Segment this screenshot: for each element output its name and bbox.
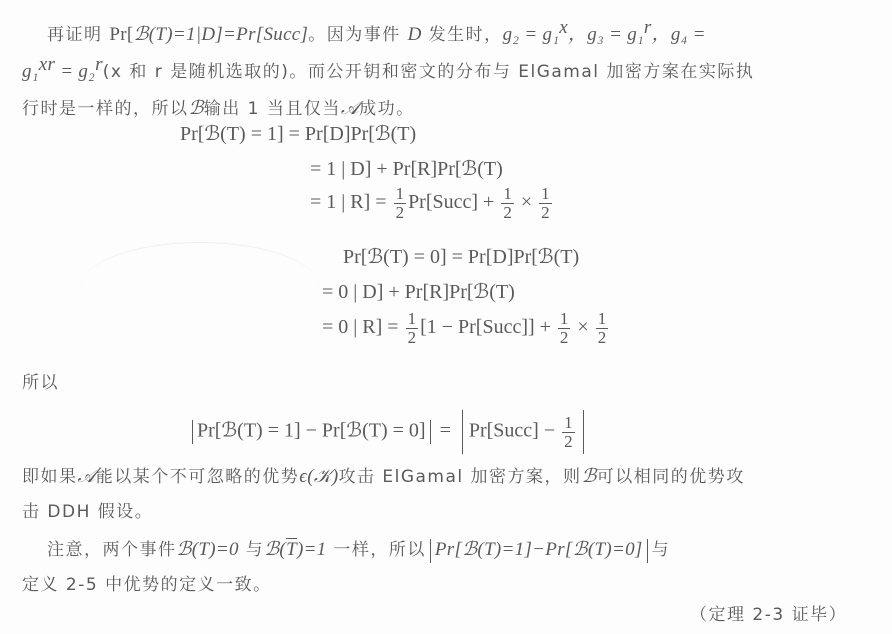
equation-2-row-1: Pr[ℬ(T) = 0] = Pr[D]Pr[ℬ(T) xyxy=(343,244,579,269)
text: 可以相同的优势攻 xyxy=(597,467,745,487)
equation-1-row-2: = 1 | D] + Pr[R]Pr[ℬ(T) xyxy=(310,156,503,181)
eq-rhs: = Pr[D]Pr[ℬ(T) xyxy=(452,246,580,268)
abs-bar xyxy=(583,410,584,454)
math: ℬ(T)=0 xyxy=(177,539,239,560)
math: ，g₄ = xyxy=(652,24,706,45)
math-calB: ℬ xyxy=(189,97,204,119)
math: = g₂ xyxy=(55,61,95,82)
fraction: 12 xyxy=(558,310,571,347)
fraction-denominator: 2 xyxy=(501,204,514,222)
paragraph-2-line-1: 即如果𝒜能以某个不可忽略的优势ϵ(𝒦)攻击 ElGamal 加密方案，则ℬ可以相… xyxy=(22,464,745,489)
fraction-denominator: 2 xyxy=(539,204,552,222)
fraction-denominator: 2 xyxy=(558,329,571,347)
eq-rhs: = Pr[D]Pr[ℬ(T) xyxy=(289,123,417,145)
text: 攻击 ElGamal 加密方案，则 xyxy=(338,467,581,487)
math-calA: 𝒜 xyxy=(341,97,359,119)
paragraph-3-line-2: 定义 2-5 中优势的定义一致。 xyxy=(22,573,272,597)
text: 再证明 xyxy=(47,25,109,45)
math-T-bar: T xyxy=(286,539,297,560)
math: )=1 xyxy=(297,539,327,560)
text: 。而公开钥和密文的分布与 ElGamal 加密方案在实际执 xyxy=(289,62,754,82)
abs-bar xyxy=(647,539,648,563)
abs-lhs: Pr[ℬ(T) = 1] − Pr[ℬ(T) = 0] xyxy=(197,420,426,442)
paragraph-2-line-2: 击 DDH 假设。 xyxy=(22,500,153,524)
equals: = xyxy=(435,420,456,442)
abs-rhs: Pr[Succ] − xyxy=(469,420,560,442)
fraction-denominator: 2 xyxy=(406,329,419,347)
fraction-denominator: 2 xyxy=(394,204,407,222)
qed-note: （定理 2-3 证毕） xyxy=(690,603,847,627)
math: g₂ = g₁ xyxy=(503,24,560,45)
paragraph-3-line-1: 注意，两个事件ℬ(T)=0 与ℬ(T)=1 一样，所以Pr[ℬ(T)=1]−Pr… xyxy=(47,538,670,563)
fraction: 12 xyxy=(394,185,407,222)
equation-2-row-2: = 0 | D] + Pr[R]Pr[ℬ(T) xyxy=(322,279,515,304)
document-page: 再证明 Pr[ℬ(T)=1|D]=Pr[Succ]。因为事件 D 发生时，g₂ … xyxy=(0,0,892,634)
fraction-numerator: 1 xyxy=(596,310,609,329)
fraction-numerator: 1 xyxy=(558,310,571,329)
eq-rhs: = 0 | D] + Pr[R]Pr[ℬ(T) xyxy=(322,281,515,303)
abs-bar xyxy=(430,420,431,444)
fraction: 12 xyxy=(539,185,552,222)
text: (x 和 r 是随机选取的) xyxy=(103,62,290,82)
eq-rhs: = 1 | D] + Pr[R]Pr[ℬ(T) xyxy=(310,158,503,180)
paragraph-1-line-3: 行时是一样的，所以ℬ输出 1 当且仅当𝒜成功。 xyxy=(22,96,415,121)
fraction-numerator: 1 xyxy=(562,414,575,433)
equation-1-row-1: Pr[ℬ(T) = 1] = Pr[D]Pr[ℬ(T) xyxy=(180,121,416,146)
times-sign: × xyxy=(516,191,537,213)
text: 与 xyxy=(239,540,264,560)
fraction-numerator: 1 xyxy=(501,185,514,204)
math: Pr[ℬ(T)=1]−Pr[ℬ(T)=0] xyxy=(435,539,643,560)
abs-bar xyxy=(192,420,193,444)
eq-rhs: = 1 | R] = xyxy=(310,191,392,213)
eq-rhs: Pr[Succ] + xyxy=(408,191,499,213)
text: 行时是一样的，所以 xyxy=(22,99,189,119)
text: 与 xyxy=(652,540,671,560)
abs-bar xyxy=(430,539,431,563)
math: ，g₃ = g₁ xyxy=(568,24,644,45)
text: 即如果 xyxy=(22,467,78,487)
scan-artifact xyxy=(80,242,320,333)
equation-2-row-3: = 0 | R] = 12[1 − Pr[Succ]] + 12 × 12 xyxy=(322,310,610,347)
eq-rhs: [1 − Pr[Succ]] + xyxy=(420,316,556,338)
therefore-text: 所以 xyxy=(22,371,59,395)
text: 成功。 xyxy=(359,99,415,119)
math-sup: xr xyxy=(39,54,55,75)
paragraph-1-line-2: g₁xr = g₂r(x 和 r 是随机选取的)。而公开钥和密文的分布与 ElG… xyxy=(22,60,754,84)
text: 能以某个不可忽略的优势 xyxy=(96,467,300,487)
paragraph-1-line-1: 再证明 Pr[ℬ(T)=1|D]=Pr[Succ]。因为事件 D 发生时，g₂ … xyxy=(47,22,706,47)
abs-bar xyxy=(462,410,463,454)
fraction-numerator: 1 xyxy=(539,185,552,204)
text: 一样，所以 xyxy=(327,540,426,560)
text: 。因为事件 xyxy=(308,25,407,45)
math-sup: r xyxy=(644,17,652,38)
math: ℬ( xyxy=(264,539,286,560)
math-calA: 𝒜 xyxy=(78,465,96,487)
fraction-denominator: 2 xyxy=(596,329,609,347)
math: Pr[ xyxy=(109,24,133,45)
eq-lhs: Pr[ℬ(T) = 0] xyxy=(343,246,447,268)
eq-lhs: Pr[ℬ(T) = 1] xyxy=(180,123,284,145)
math-sup: x xyxy=(559,17,568,38)
fraction: 12 xyxy=(501,185,514,222)
abs-equation: Pr[ℬ(T) = 1] − Pr[ℬ(T) = 0] = Pr[Succ] −… xyxy=(188,410,590,454)
math: g₁ xyxy=(22,61,39,82)
fraction: 12 xyxy=(562,414,575,451)
math-calB: ℬ xyxy=(134,23,149,45)
times-sign: × xyxy=(572,316,593,338)
fraction-numerator: 1 xyxy=(406,310,419,329)
math-sup: r xyxy=(95,54,103,75)
text: 输出 1 当且仅当 xyxy=(204,99,341,119)
eq-rhs: = 0 | R] = xyxy=(322,316,404,338)
math-epsilon: ϵ(𝒦) xyxy=(299,466,338,487)
text: 注意，两个事件 xyxy=(47,540,177,560)
fraction: 12 xyxy=(596,310,609,347)
fraction-denominator: 2 xyxy=(562,433,575,451)
fraction-numerator: 1 xyxy=(394,185,407,204)
equation-1-row-3: = 1 | R] = 12Pr[Succ] + 12 × 12 xyxy=(310,185,554,222)
fraction: 12 xyxy=(406,310,419,347)
math-calB: ℬ xyxy=(582,465,597,487)
math: (T)=1|D]=Pr[Succ] xyxy=(149,24,308,45)
math: D xyxy=(408,24,422,45)
text: 发生时， xyxy=(422,25,503,45)
